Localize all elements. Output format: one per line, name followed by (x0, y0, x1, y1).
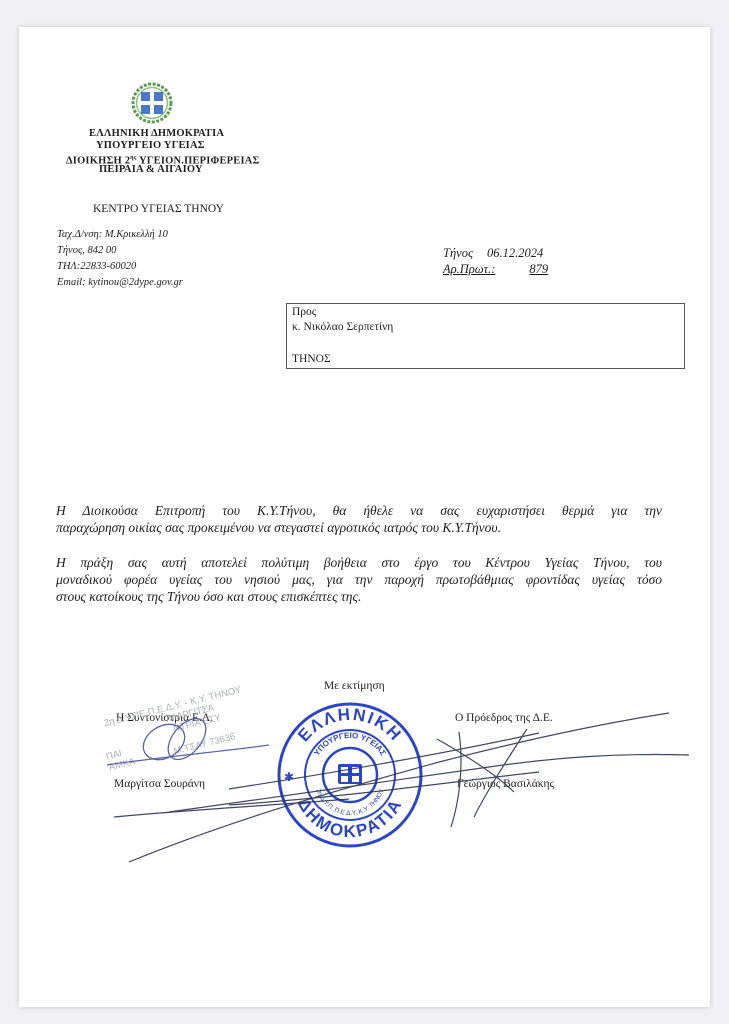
letter-page: ΕΛΛΗΝΙΚΗ ΔΗΜΟΚΡΑΤΙΑ ΥΠΟΥΡΓΕΙΟ ΥΓΕΙΑΣ ΔΙΟ… (19, 27, 710, 1007)
signature-right-icon (19, 27, 710, 1007)
